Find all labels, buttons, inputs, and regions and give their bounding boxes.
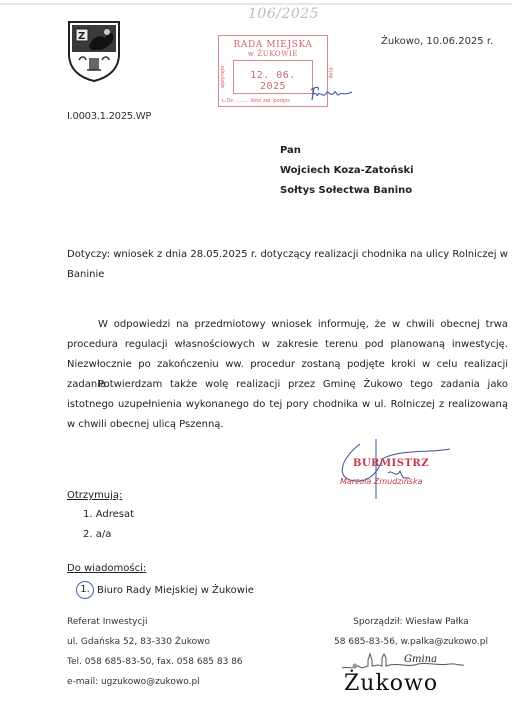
stamp-title: RADA MIEJSKA	[219, 40, 327, 50]
svg-text:Z: Z	[78, 31, 85, 42]
addressee-line: Pan	[280, 141, 414, 161]
list-item: 2. a/a	[83, 525, 134, 545]
footer-line: ul. Gdańska 52, 83-330 Żukowo	[67, 632, 243, 652]
stamp-subtitle: w ŻUKOWIE	[219, 50, 327, 58]
list-item-label: Biuro Rady Miejskiej w Żukowie	[97, 585, 254, 596]
svg-text:Żukowo: Żukowo	[344, 669, 438, 696]
footer-line: Referat Inwestycji	[67, 612, 243, 632]
footer-contact-left: Referat Inwestycji ul. Gdańska 52, 83-33…	[67, 612, 243, 692]
addressee-line: Wojciech Koza-Zatoński	[280, 161, 414, 181]
for-information-heading: Do wiadomości:	[67, 563, 146, 574]
stamp-right-label: data	[328, 67, 334, 78]
stamp-footer: L.Dz. ........ ilość zał. podpis	[222, 98, 290, 104]
footer-prepared-by: Sporządził: Wiesław Pałka 58 685-83-56, …	[321, 612, 501, 652]
svg-text:Gmina: Gmina	[404, 654, 437, 665]
mayor-signature-stamp: BURMISTRZ Marzola Zmudzińska	[340, 449, 480, 499]
handwritten-registration-number: 106/2025	[248, 6, 319, 22]
list-item: 1. Adresat	[83, 505, 134, 525]
addressee-block: Pan Wojciech Koza-Zatoński Sołtys Sołect…	[280, 141, 414, 201]
stamp-left-label: wpłynęło	[220, 66, 226, 88]
footer-line: Tel. 058 685-83-50, fax. 058 685 83 86	[67, 652, 243, 672]
recipients-heading: Otrzymują:	[67, 490, 122, 501]
coat-of-arms-icon: Z	[67, 20, 121, 82]
addressee-line: Sołtys Sołectwa Banino	[280, 181, 414, 201]
reference-number: I.0003.1.2025.WP	[67, 111, 151, 122]
recipients-list: 1. Adresat 2. a/a	[83, 505, 134, 545]
place-and-date: Żukowo, 10.06.2025 r.	[381, 36, 493, 47]
footer-line: 58 685-83-56, w.palka@zukowo.pl	[321, 632, 501, 652]
signature-name: Marzola Zmudzińska	[340, 477, 422, 486]
gmina-zukowo-logo: Gmina Żukowo	[338, 650, 468, 700]
stamp-date-box: 12. 06. 2025	[233, 60, 313, 94]
subject-line: Dotyczy: wniosek z dnia 28.05.2025 r. do…	[67, 245, 508, 285]
list-item: 1. Biuro Rady Miejskiej w Żukowie	[76, 581, 254, 599]
footer-line: Sporządził: Wiesław Pałka	[321, 612, 501, 632]
scan-edge	[0, 3, 512, 5]
stamp-signature	[308, 84, 354, 104]
body-paragraph: Potwierdzam także wolę realizacji przez …	[67, 375, 508, 435]
stamp-date: 12. 06. 2025	[234, 70, 312, 92]
footer-line: e-mail: ugzukowo@zukowo.pl	[67, 672, 243, 692]
signature-title: BURMISTRZ	[353, 458, 429, 469]
circled-number: 1.	[76, 581, 94, 599]
